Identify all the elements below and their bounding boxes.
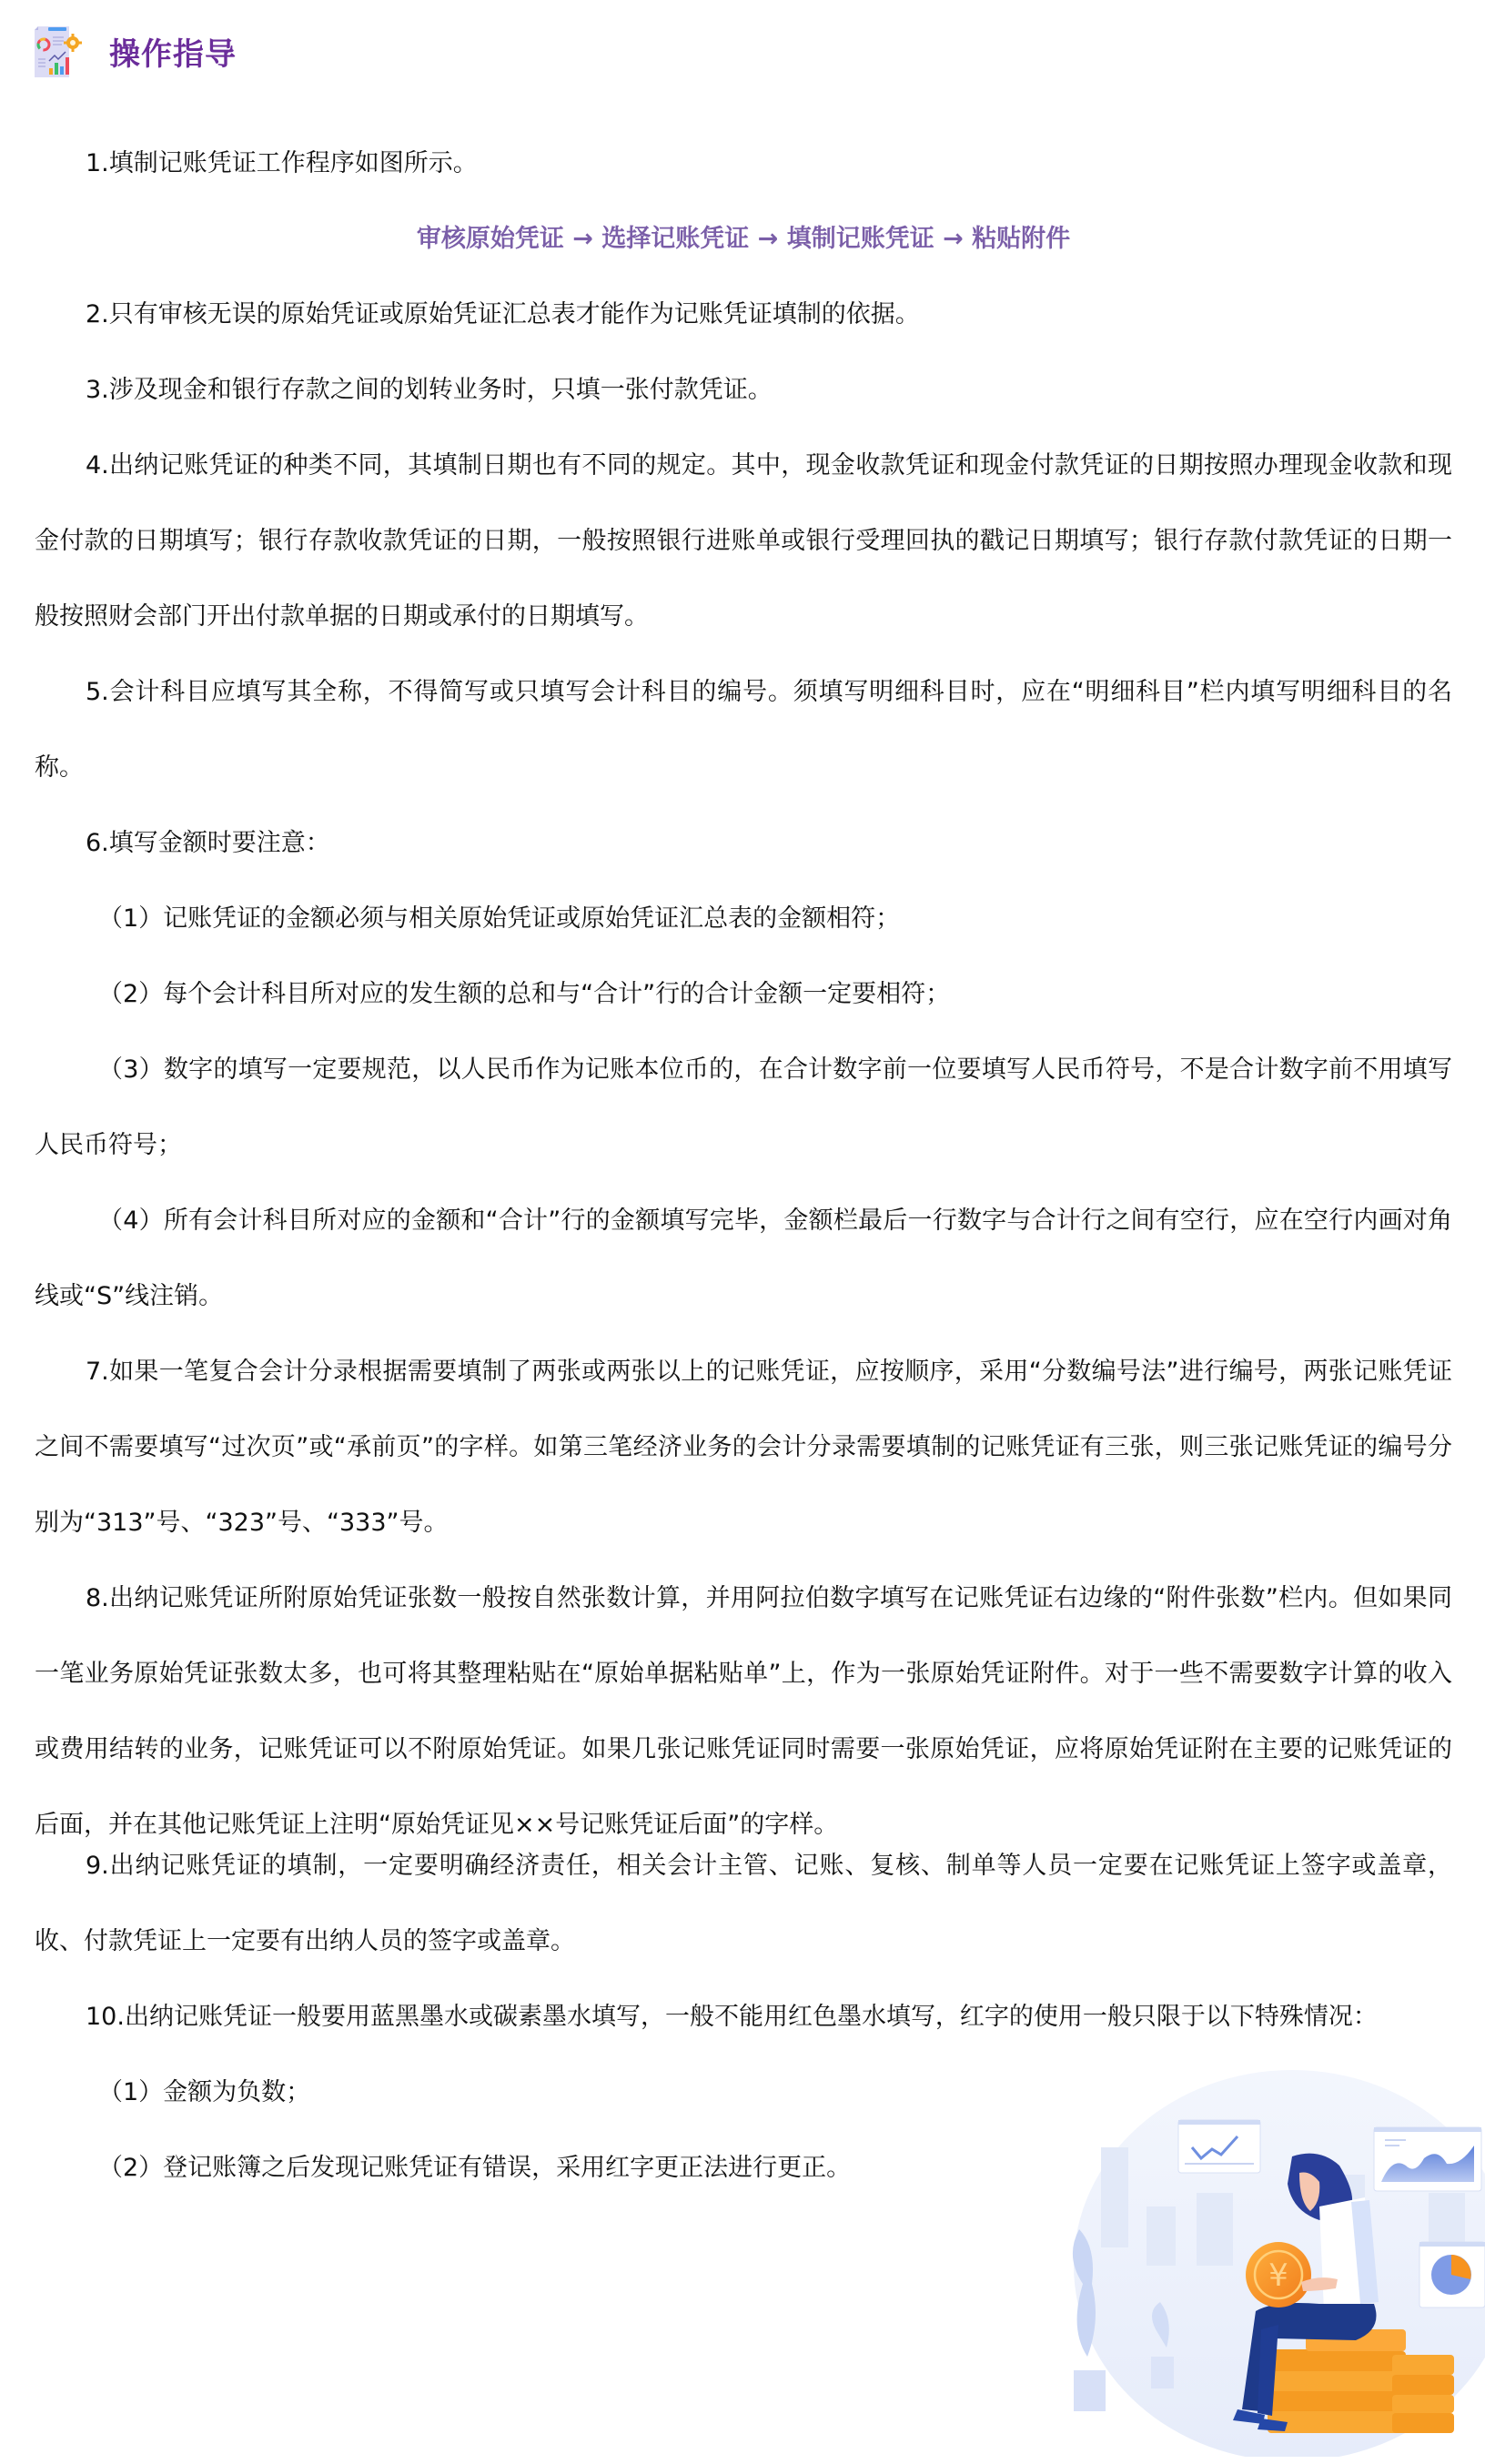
svg-text:¥: ¥ bbox=[1268, 2257, 1288, 2294]
paragraph-7: 7.如果一笔复合会计分录根据需要填制了两张或两张以上的记账凭证，应按顺序，采用“… bbox=[35, 1334, 1452, 1560]
paragraph-6-item-2: （2）每个会计科目所对应的发生额的总和与“合计”行的合计金额一定要相符； bbox=[35, 956, 1452, 1032]
report-chart-gear-icon bbox=[33, 23, 84, 79]
paragraph-1: 1.填制记账凭证工作程序如图所示。 bbox=[35, 126, 1452, 201]
paragraph-6-item-3: （3）数字的填写一定要规范，以人民币作为记账本位币的，在合计数字前一位要填写人民… bbox=[35, 1032, 1452, 1183]
finance-illustration: ¥ bbox=[1046, 2056, 1485, 2457]
section-header: 操作指导 bbox=[33, 22, 237, 80]
paragraph-6-item-1: （1）记账凭证的金额必须与相关原始凭证或原始凭证汇总表的金额相符； bbox=[35, 881, 1452, 956]
paragraph-6: 6.填写金额时要注意： bbox=[35, 805, 1452, 881]
paragraph-6-item-4: （4）所有会计科目所对应的金额和“合计”行的金额填写完毕，金额栏最后一行数字与合… bbox=[35, 1183, 1452, 1334]
paragraph-8: 8.出纳记账凭证所附原始凭证张数一般按自然张数计算，并用阿拉伯数字填写在记账凭证… bbox=[35, 1560, 1452, 1863]
workflow-steps: 审核原始凭证 → 选择记账凭证 → 填制记账凭证 → 粘贴附件 bbox=[35, 201, 1452, 277]
paragraph-2: 2.只有审核无误的原始凭证或原始凭证汇总表才能作为记账凭证填制的依据。 bbox=[35, 277, 1452, 352]
paragraph-4: 4.出纳记账凭证的种类不同，其填制日期也有不同的规定。其中，现金收款凭证和现金付… bbox=[35, 428, 1452, 654]
paragraph-9: 9.出纳记账凭证的填制，一定要明确经济责任，相关会计主管、记账、复核、制单等人员… bbox=[35, 1828, 1452, 1979]
paragraph-5: 5.会计科目应填写其全称，不得简写或只填写会计科目的编号。须填写明细科目时，应在… bbox=[35, 654, 1452, 805]
guide-content: 1.填制记账凭证工作程序如图所示。 审核原始凭证 → 选择记账凭证 → 填制记账… bbox=[35, 126, 1452, 2206]
page-title: 操作指导 bbox=[109, 29, 237, 74]
paragraph-3: 3.涉及现金和银行存款之间的划转业务时，只填一张付款凭证。 bbox=[35, 352, 1452, 428]
paragraph-10: 10.出纳记账凭证一般要用蓝黑墨水或碳素墨水填写，一般不能用红色墨水填写，红字的… bbox=[35, 1979, 1452, 2055]
